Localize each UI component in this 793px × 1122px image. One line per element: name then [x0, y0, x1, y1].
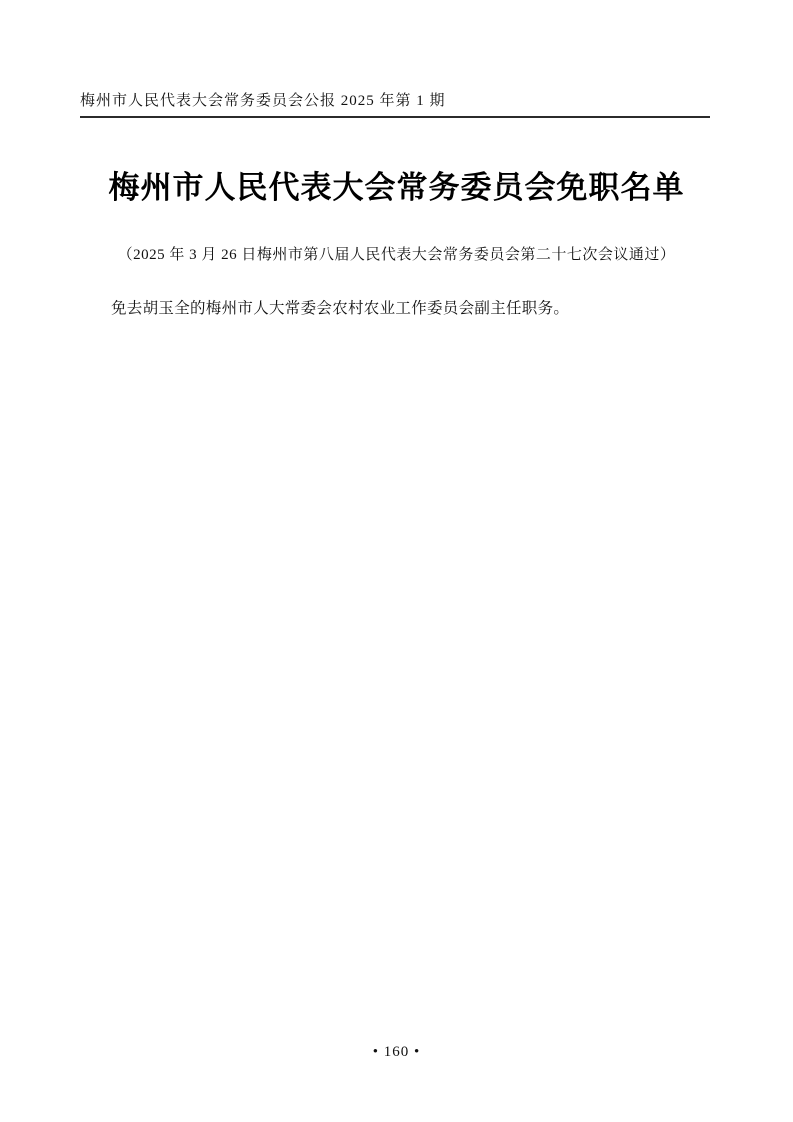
document-body: 免去胡玉全的梅州市人大常委会农村农业工作委员会副主任职务。	[80, 298, 712, 320]
page-number: • 160 •	[0, 1044, 793, 1061]
adoption-note: （2025 年 3 月 26 日梅州市第八届人民代表大会常务委员会第二十七次会议…	[0, 245, 793, 265]
journal-running-head: 梅州市人民代表大会常务委员会公报 2025 年第 1 期	[80, 93, 710, 118]
document-page: 梅州市人民代表大会常务委员会公报 2025 年第 1 期 梅州市人民代表大会常务…	[0, 0, 793, 1122]
journal-title-text: 梅州市人民代表大会常务委员会公报 2025 年第 1 期	[80, 93, 710, 110]
body-paragraph: 免去胡玉全的梅州市人大常委会农村农业工作委员会副主任职务。	[80, 298, 712, 320]
document-title: 梅州市人民代表大会常务委员会免职名单	[0, 169, 793, 207]
